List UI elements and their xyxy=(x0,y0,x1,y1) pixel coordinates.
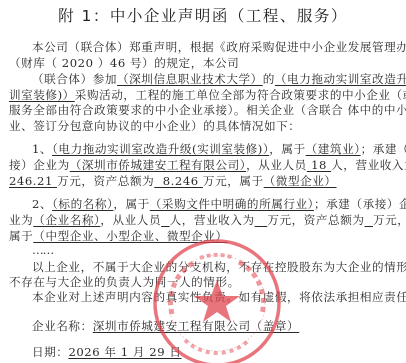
text: ，从业人员 xyxy=(100,213,161,227)
item-revenue: 246.21 xyxy=(9,174,57,188)
text: ，属于 xyxy=(269,142,305,156)
declaration-line-5: 服务全部由符合政策要求的中小企业承接）。相关企业（含联合 体中的中小企 xyxy=(9,103,401,117)
item-company: （深圳市侨城建安工程有限公司） xyxy=(70,158,246,172)
item-1-line-1: 1、（电力拖动实训室改造升级(实训室装修)），属于（建筑业）；承建（承 xyxy=(32,142,406,156)
text: ；承建（承接）企 xyxy=(314,197,406,211)
declaration-line-3: （联合体）参加（深圳信息职业技术大学）的（电力拖动实训室改造升级(实 xyxy=(32,72,406,86)
item-name: （电力拖动实训室改造升级(实训室装修)） xyxy=(52,142,269,156)
text: 业为 xyxy=(9,213,33,227)
date-line: 日期：2026 年 1 月 29 日 xyxy=(32,345,406,359)
text: 属于 xyxy=(9,229,33,243)
text: 人，营业收入为 xyxy=(331,158,406,172)
project-name-cont: 训室装修)） xyxy=(9,88,75,102)
item-type: （微型企业） xyxy=(264,174,337,188)
item-1-line-2: 接）企业为（深圳市侨城建安工程有限公司），从业人员 18 人，营业收入为 xyxy=(9,158,401,172)
item-number: 1、 xyxy=(32,142,52,156)
text: 万元，资产总额为 xyxy=(267,213,364,227)
page-title: 附 1：中小企业声明函（工程、服务） xyxy=(0,4,406,26)
declaration-line-6: 业、签订分包意向协议的中小企业）的具体情况如下： xyxy=(9,119,401,133)
signature-company: 深圳市侨城建安工程有限公司（盖章） xyxy=(93,319,299,333)
item-2-line-1: 2、（标的名称），属于（采购文件中明确的所属行业）；承建（承接）企 xyxy=(32,197,406,211)
text: 接）企业为 xyxy=(9,158,70,172)
declaration-line-1: 本公司（联合体）郑重声明，根据《政府采购促进中小企业发展管理办法》 xyxy=(32,40,406,54)
statement-line-3: 本企业对上述声明内容的真实性负责。如有虚假，将依法承担相应责任。 xyxy=(32,290,406,304)
text: 人，营业收入为 xyxy=(170,213,255,227)
text: 万元，资产总额为 xyxy=(57,174,154,188)
statement-line-2: 不存在与大企业的负责人为同一人的情形。 xyxy=(9,275,401,289)
item-employees xyxy=(161,213,169,227)
text: ，从业人员 xyxy=(246,158,307,172)
project-name: （电力拖动实训室改造升级(实 xyxy=(275,72,406,86)
item-type: （中型企业、小型企业、微型企业） xyxy=(33,229,227,243)
text: 万元，属于 xyxy=(203,174,264,188)
text: 的 xyxy=(263,72,275,86)
purchaser-name: （深圳信息职业技术大学） xyxy=(117,72,263,86)
item-employees: 18 xyxy=(307,158,331,172)
declaration-line-2: （财库（ 2020 ）46 号）的规定，本公司 xyxy=(9,56,401,70)
item-2-line-2: 业为（企业名称），从业人员 人，营业收入为 万元，资产总额为 万元， xyxy=(9,213,401,227)
item-assets xyxy=(364,213,372,227)
item-number: 2、 xyxy=(32,197,52,211)
ellipsis: …… xyxy=(32,243,406,257)
item-name: （标的名称） xyxy=(52,197,113,211)
signature-label: 企业名称： xyxy=(32,319,93,333)
item-revenue xyxy=(255,213,268,227)
text: （联合体）参加 xyxy=(32,72,117,86)
declaration-line-4: 训室装修)）采购活动，工程的施工单位全部为符合政策要求的中小企业（或者： xyxy=(9,88,401,102)
item-industry: （采购文件中明确的所属行业） xyxy=(150,197,314,211)
item-company: （企业名称） xyxy=(33,213,100,227)
item-assets: 8.246 xyxy=(154,174,203,188)
text: ；承建（承 xyxy=(361,142,406,156)
text: ，属于 xyxy=(113,197,149,211)
date-value: 2026 年 1 月 29 日 xyxy=(68,345,181,359)
date-label: 日期： xyxy=(32,345,68,359)
statement-line-1: 以上企业，不属于大企业的分支机构，不存在控股股东为大企业的情形，也 xyxy=(32,260,406,274)
signature-line: 企业名称：深圳市侨城建安工程有限公司（盖章） xyxy=(32,319,406,333)
text: 万元， xyxy=(373,213,406,227)
text: 采购活动，工程的施工单位全部为符合政策要求的中小企业（或者： xyxy=(75,88,406,102)
item-1-line-3: 246.21 万元，资产总额为 8.246 万元，属于（微型企业） xyxy=(9,174,401,188)
item-industry: （建筑业） xyxy=(306,142,361,156)
item-2-line-3: 属于（中型企业、小型企业、微型企业） xyxy=(9,229,401,243)
